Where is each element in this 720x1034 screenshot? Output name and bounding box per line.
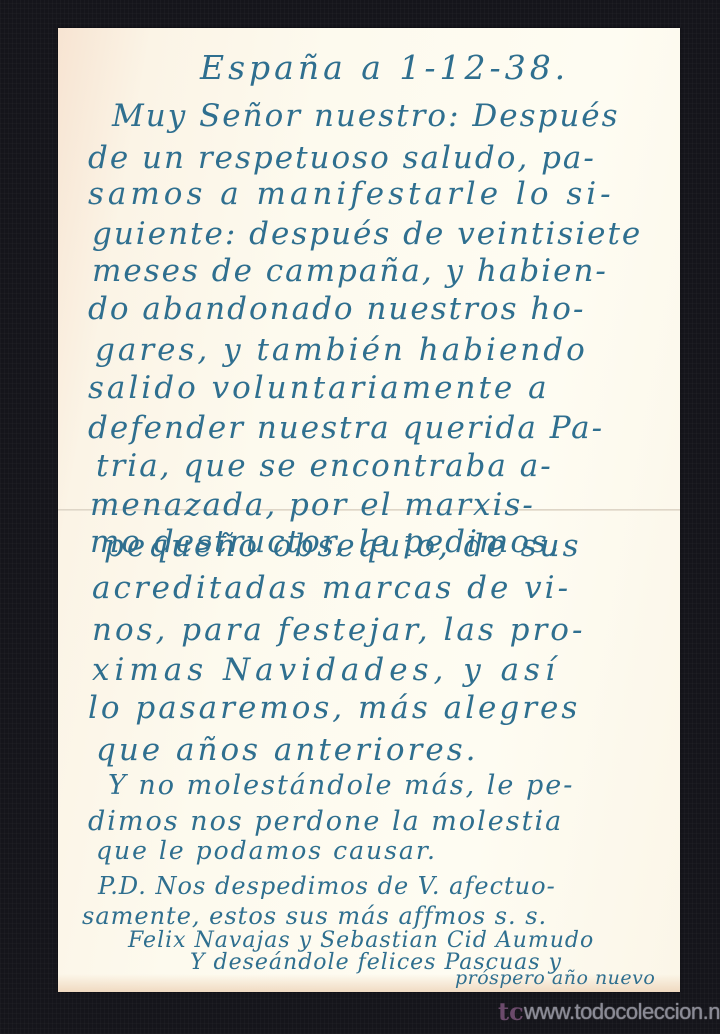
letter-line: lo pasaremos, más alegres [88,690,580,726]
letter-heading: España a 1-12-38. [200,48,569,87]
letter-line: Y no molestándole más, le pe- [108,770,574,801]
letter-line: que le podamos causar. [96,836,437,865]
letter-line: que años anteriores. [96,732,478,768]
letter-line: guiente: después de veintisiete [92,216,642,252]
letter-line: de un respetuoso saludo, pa- [88,140,596,176]
letter-line: acreditadas marcas de vi- [92,570,571,606]
letter-line: samos a manifestarle lo si- [88,176,615,212]
letter-line: Muy Señor nuestro: Después [112,98,620,134]
letter-postscript: P.D. Nos despedimos de V. afectuo- [98,872,556,900]
letter-closing: próspero año nuevo [455,967,655,989]
letter-line: samente, estos sus más affmos s. s. [82,902,547,930]
letter-line: pequeño obsequio, de sus [104,528,582,564]
todocoleccion-logo-icon: tc [498,999,520,1025]
letter-line: salido voluntariamente a [88,370,550,406]
letter-line: gares, y también habiendo [95,332,588,368]
letter-line: tria, que se encontraba a- [96,448,553,484]
letter-line: dimos nos perdone la molestia [88,806,563,837]
letter-line: defender nuestra querida Pa- [88,410,604,446]
watermark-text: www.todocoleccion.net [524,999,720,1025]
letter-line: meses de campaña, y habien- [92,253,608,289]
letter-line: ximas Navidades, y así [92,652,560,688]
letter-line: menazada, por el marxis- [90,487,535,523]
letter-line: nos, para festejar, las pro- [92,612,585,648]
letter-line: do abandonado nuestros ho- [88,291,585,327]
watermark: tc www.todocoleccion.net [498,997,720,1027]
